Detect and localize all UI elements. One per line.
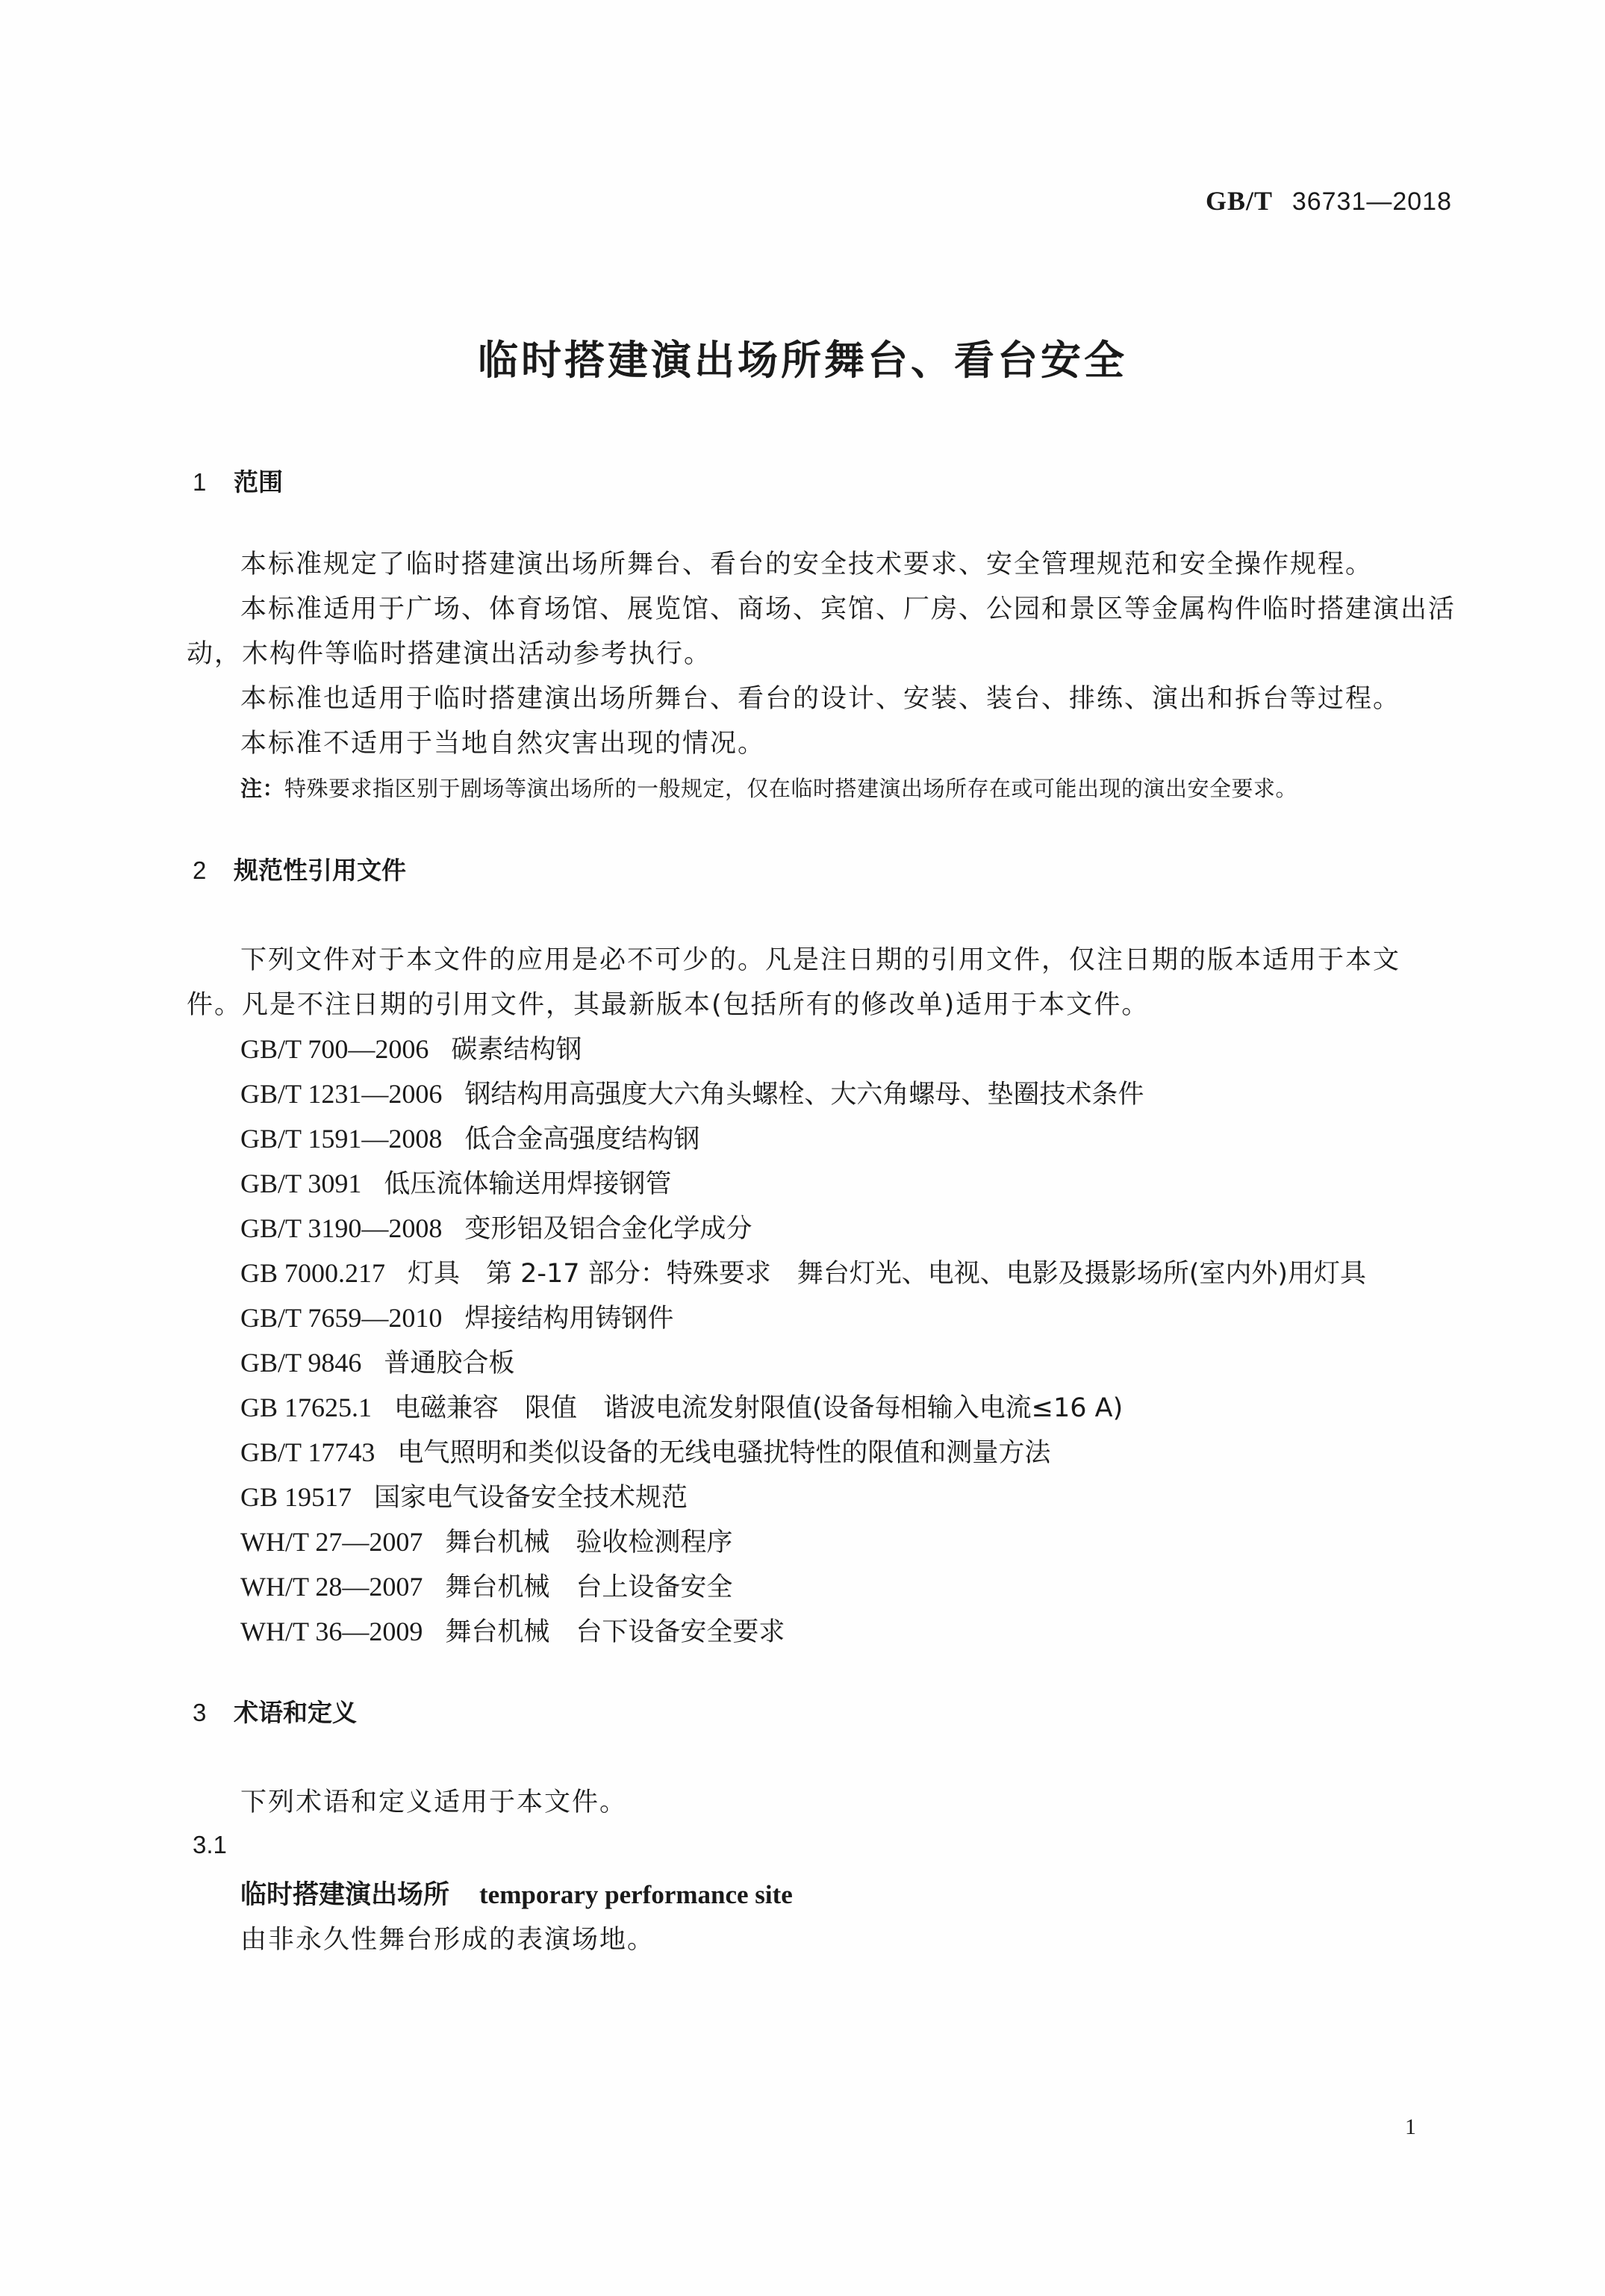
- section-number: 1: [193, 468, 234, 497]
- reference-item: GB/T 3190—2008变形铝及铝合金化学成分: [240, 1208, 752, 1245]
- paragraph: 本标准规定了临时搭建演出场所舞台、看台的安全技术要求、安全管理规范和安全操作规程…: [240, 544, 1373, 581]
- standard-code: GB/T 36731—2018: [1206, 185, 1452, 217]
- reference-item: GB 19517国家电气设备安全技术规范: [240, 1477, 688, 1514]
- reference-item: GB/T 1591—2008低合金高强度结构钢: [240, 1119, 699, 1156]
- page-number: 1: [1405, 2115, 1416, 2140]
- section-title: 术语和定义: [234, 1698, 357, 1727]
- reference-item: GB 17625.1电磁兼容 限值 谐波电流发射限值(设备每相输入电流≤16 A…: [240, 1387, 1123, 1425]
- section-title: 规范性引用文件: [234, 856, 406, 885]
- reference-item: GB 7000.217灯具 第 2-17 部分：特殊要求 舞台灯光、电视、电影及…: [240, 1253, 1366, 1290]
- reference-item: GB/T 1231—2006钢结构用高强度大六角头螺栓、大六角螺母、垫圈技术条件: [240, 1074, 1144, 1111]
- section-number: 3: [193, 1699, 234, 1727]
- reference-item: WH/T 28—2007舞台机械 台上设备安全: [240, 1567, 732, 1604]
- standard-number: 36731—2018: [1292, 187, 1452, 216]
- note-label: 注：: [240, 776, 284, 801]
- paragraph: 本标准不适用于当地自然灾害出现的情况。: [240, 723, 765, 760]
- paragraph: 本标准也适用于临时搭建演出场所舞台、看台的设计、安装、装台、排练、演出和拆台等过…: [240, 678, 1400, 715]
- section-2-heading: 2规范性引用文件: [193, 851, 406, 886]
- note: 注：特殊要求指区别于剧场等演出场所的一般规定，仅在临时搭建演出场所存在或可能出现…: [240, 772, 1297, 803]
- term-definition: 由非永久性舞台形成的表演场地。: [240, 1919, 655, 1956]
- section-title: 范围: [234, 467, 283, 497]
- reference-item: GB/T 7659—2010焊接结构用铸钢件: [240, 1298, 673, 1335]
- term-entry: 临时搭建演出场所temporary performance site: [240, 1874, 793, 1911]
- document-title: 临时搭建演出场所舞台、看台安全: [0, 329, 1605, 386]
- clause-number: 3.1: [193, 1831, 227, 1859]
- section-1-heading: 1范围: [193, 463, 283, 498]
- term-chinese: 临时搭建演出场所: [240, 1880, 449, 1910]
- reference-item: GB/T 700—2006碳素结构钢: [240, 1029, 582, 1066]
- reference-item: GB/T 17743电气照明和类似设备的无线电骚扰特性的限值和测量方法: [240, 1432, 1050, 1469]
- section-3-heading: 3术语和定义: [193, 1693, 357, 1729]
- paragraph: 下列文件对于本文件的应用是必不可少的。凡是注日期的引用文件，仅注日期的版本适用于…: [240, 939, 1400, 977]
- reference-item: GB/T 9846普通胶合板: [240, 1343, 514, 1380]
- paragraph-continuation: 动，木构件等临时搭建演出活动参考执行。: [187, 633, 711, 671]
- reference-item: GB/T 3091低压流体输送用焊接钢管: [240, 1163, 671, 1201]
- standard-prefix: GB/T: [1206, 186, 1273, 216]
- paragraph: 本标准适用于广场、体育场馆、展览馆、商场、宾馆、厂房、公园和景区等金属构件临时搭…: [240, 588, 1456, 626]
- paragraph: 下列术语和定义适用于本文件。: [240, 1782, 627, 1819]
- section-number: 2: [193, 856, 234, 885]
- reference-item: WH/T 36—2009舞台机械 台下设备安全要求: [240, 1611, 785, 1649]
- reference-item: WH/T 27—2007舞台机械 验收检测程序: [240, 1522, 732, 1559]
- term-english: temporary performance site: [479, 1880, 793, 1909]
- paragraph-continuation: 件。凡是不注日期的引用文件，其最新版本(包括所有的修改单)适用于本文件。: [187, 984, 1149, 1021]
- document-page: GB/T 36731—2018 临时搭建演出场所舞台、看台安全 1范围 本标准规…: [0, 0, 1605, 2296]
- note-text: 特殊要求指区别于剧场等演出场所的一般规定，仅在临时搭建演出场所存在或可能出现的演…: [284, 776, 1297, 801]
